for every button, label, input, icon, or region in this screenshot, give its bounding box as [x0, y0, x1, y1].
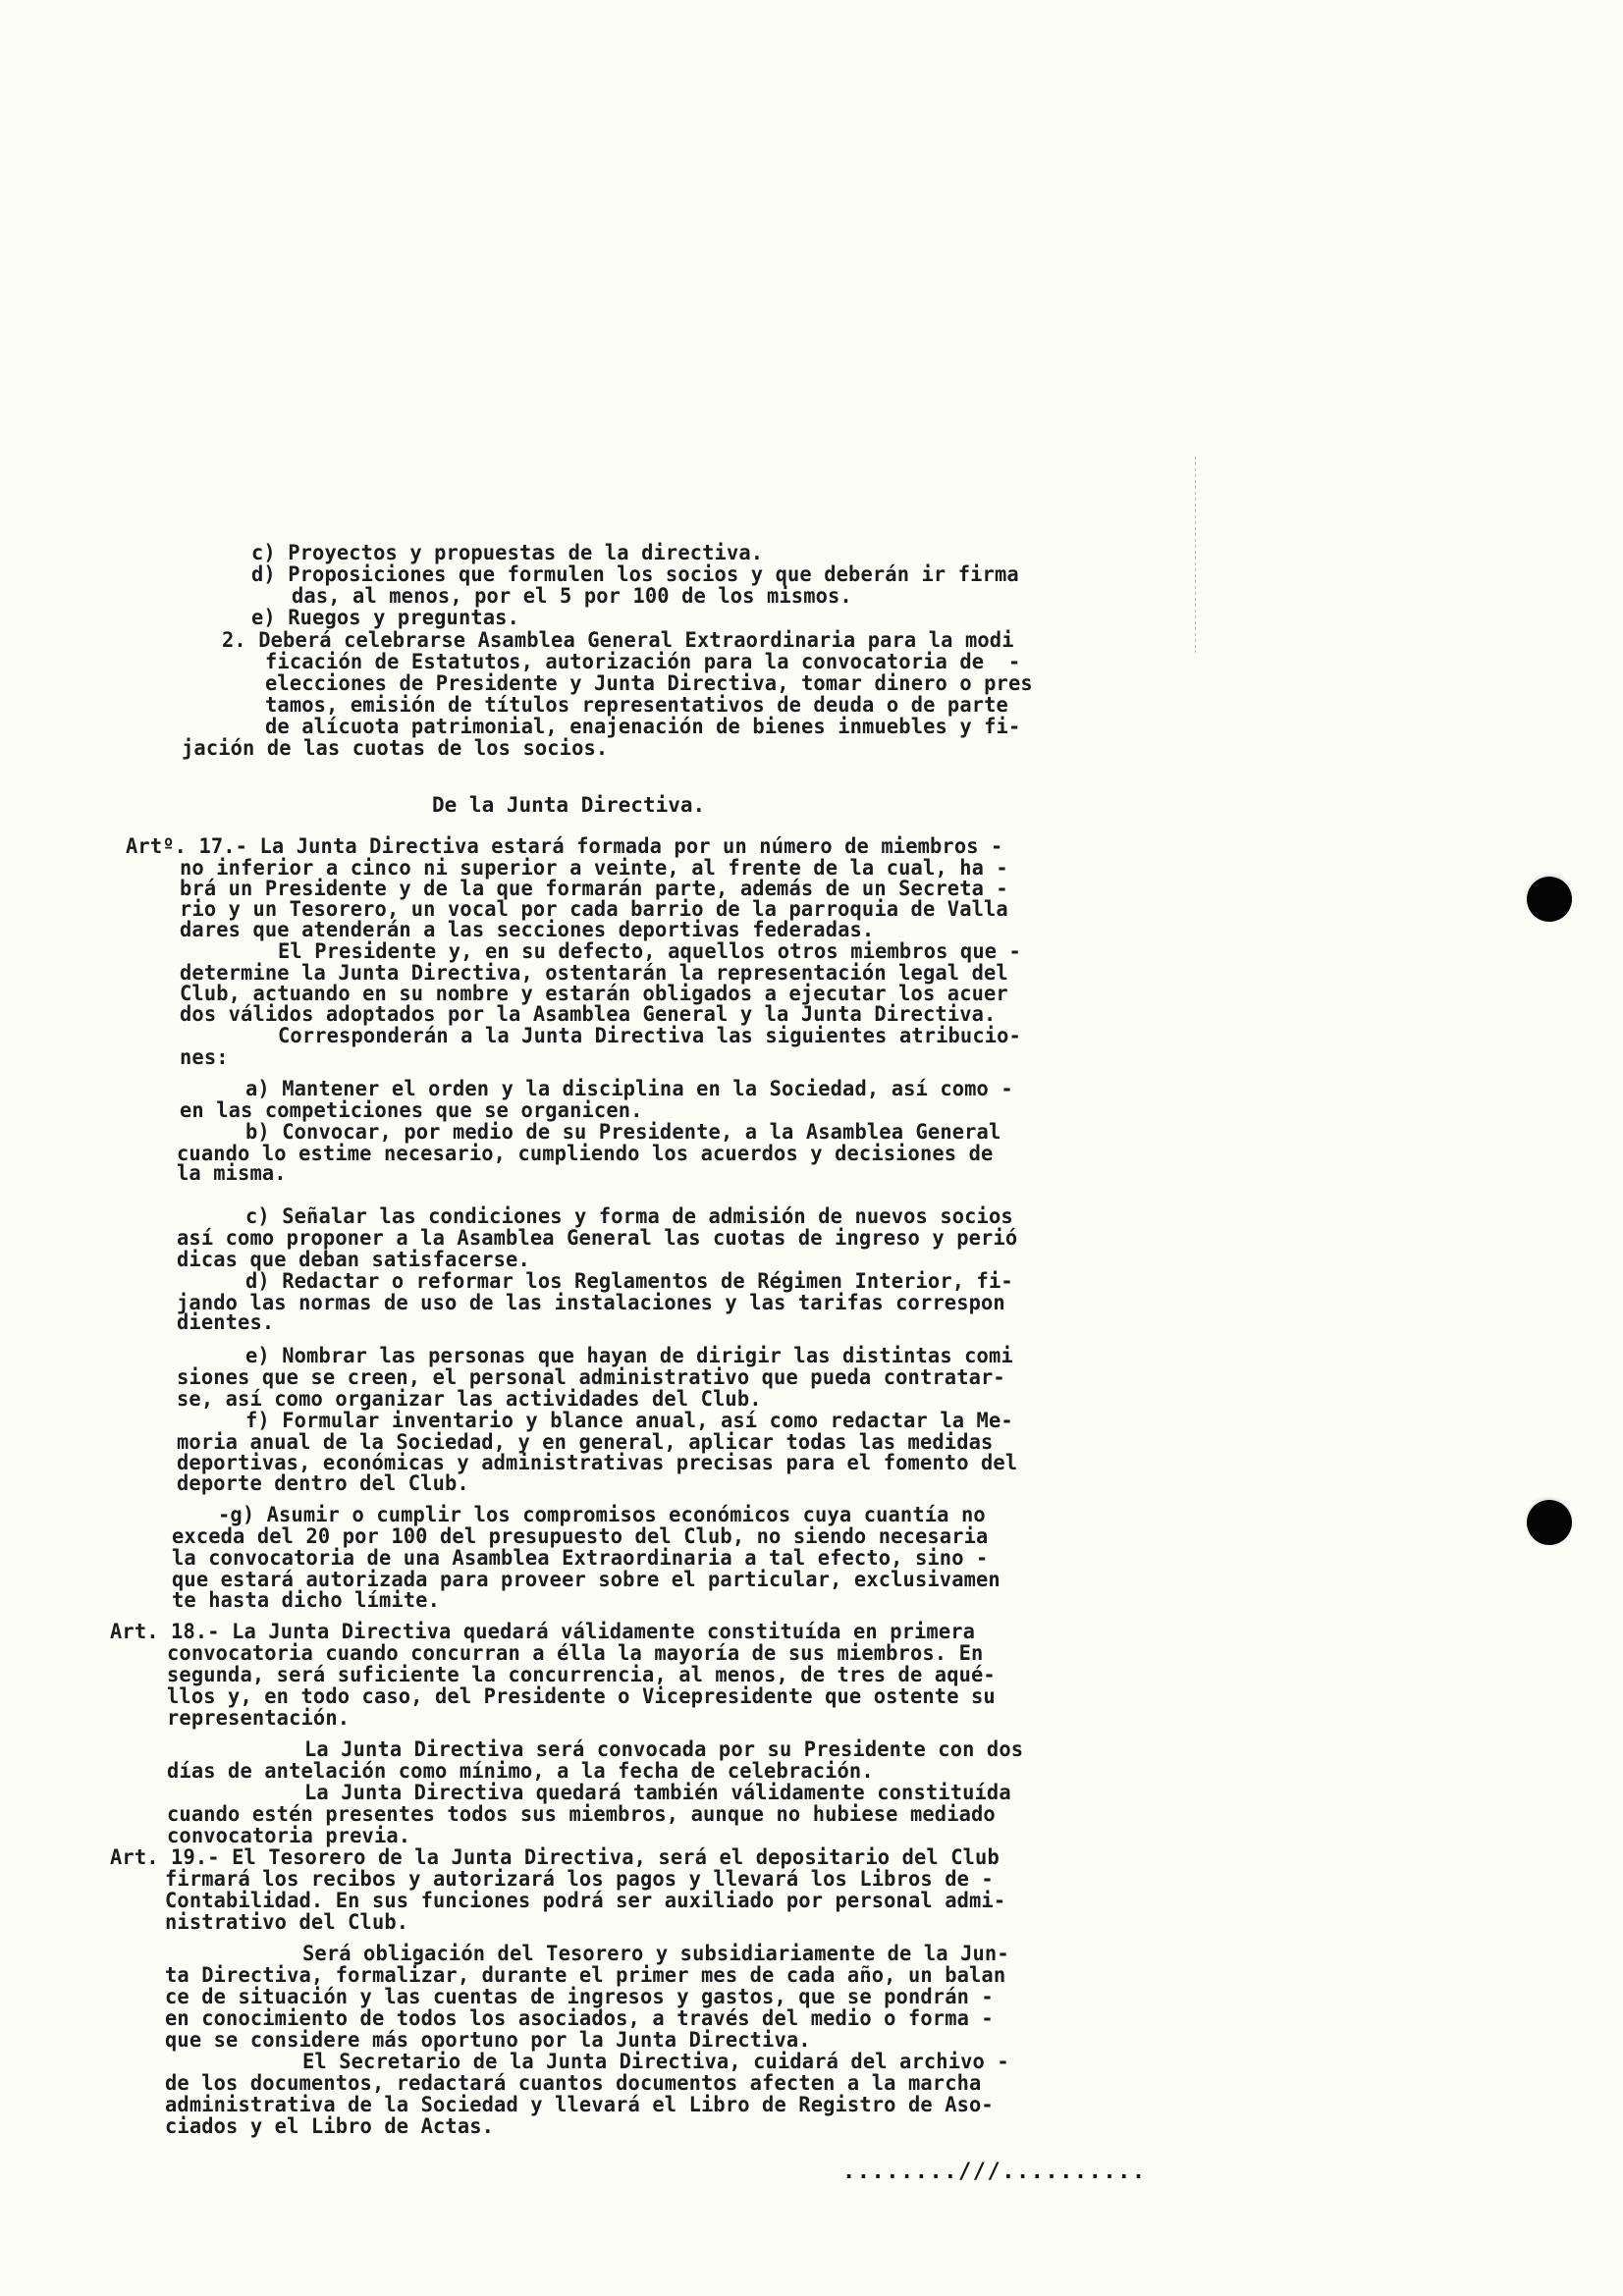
text-line: -g) Asumir o cumplir los compromisos eco…	[218, 1504, 986, 1525]
text-line: no inferior a cinco ni superior a veinte…	[180, 857, 1008, 879]
text-line: La Junta Directiva será convocada por su…	[304, 1738, 1023, 1760]
text-line: ta Directiva, formalizar, durante el pri…	[165, 1964, 1005, 1986]
text-line: nistrativo del Club.	[165, 1911, 408, 1933]
text-line: b) Convocar, por medio de su Presidente,…	[245, 1121, 1001, 1143]
text-line: convocatoria previa.	[167, 1825, 410, 1846]
text-line: 2. Deberá celebrarse Asamblea General Ex…	[222, 629, 1014, 651]
text-line: en las competiciones que se organicen.	[180, 1099, 643, 1121]
end-of-page-mark: ........///..........	[842, 2160, 1147, 2184]
text-line: deportivas, económicas y administrativas…	[177, 1452, 1017, 1473]
text-line: ciados y el Libro de Actas.	[165, 2115, 494, 2137]
text-line: rio y un Tesorero, un vocal por cada bar…	[180, 898, 1008, 920]
text-line: moria anual de la Sociedad, y en general…	[177, 1431, 993, 1453]
text-line: la misma.	[177, 1162, 287, 1184]
text-line: a) Mantener el orden y la disciplina en …	[245, 1078, 1013, 1099]
text-line: nes:	[180, 1046, 229, 1068]
text-line: deporte dentro del Club.	[177, 1472, 469, 1494]
text-line: d) Redactar o reformar los Reglamentos d…	[245, 1270, 1013, 1292]
text-line: así como proponer a la Asamblea General …	[177, 1227, 1017, 1249]
text-line: jando las normas de uso de las instalaci…	[177, 1292, 1005, 1313]
fold-crease	[1195, 456, 1196, 653]
text-line: dos válidos adoptados por la Asamblea Ge…	[180, 1003, 996, 1025]
text-line: la convocatoria de una Asamblea Extraord…	[172, 1547, 988, 1569]
text-line: representación.	[167, 1707, 350, 1729]
text-line: cuando lo estime necesario, cumpliendo l…	[177, 1143, 993, 1164]
text-line: determine la Junta Directiva, ostentarán…	[180, 962, 1008, 984]
text-line: ce de situación y las cuentas de ingreso…	[165, 1986, 994, 2007]
text-line: se, así como organizar las actividades d…	[177, 1388, 762, 1410]
text-line: dicas que deban satisfacerse.	[177, 1249, 530, 1270]
text-line: c) Proyectos y propuestas de la directiv…	[251, 542, 763, 563]
punch-hole-icon	[1527, 877, 1572, 922]
section-heading: De la Junta Directiva.	[432, 793, 705, 817]
text-line: Artº. 17.- La Junta Directiva estará for…	[126, 835, 1002, 857]
text-line: Contabilidad. En sus funciones podrá ser…	[165, 1890, 1005, 1911]
text-line: administrativa de la Sociedad y llevará …	[165, 2094, 994, 2115]
text-line: llos y, en todo caso, del Presidente o V…	[167, 1685, 996, 1707]
text-line: El Presidente y, en su defecto, aquellos…	[278, 940, 1021, 962]
text-line: La Junta Directiva quedará también válid…	[304, 1782, 1011, 1803]
text-line: convocatoria cuando concurran a élla la …	[167, 1642, 983, 1664]
text-line: e) Ruegos y preguntas.	[251, 607, 519, 628]
text-line: c) Señalar las condiciones y forma de ad…	[245, 1205, 1013, 1227]
text-line: Art. 19.- El Tesorero de la Junta Direct…	[110, 1846, 1000, 1868]
text-line: Art. 18.- La Junta Directiva quedará vál…	[110, 1621, 975, 1642]
text-line: e) Nombrar las personas que hayan de dir…	[245, 1345, 1013, 1366]
text-line: tamos, emisión de títulos representativo…	[265, 694, 1008, 716]
text-line: elecciones de Presidente y Junta Directi…	[265, 672, 1033, 694]
text-line: siones que se creen, el personal adminis…	[177, 1366, 1005, 1388]
text-line: de alícuota patrimonial, enajenación de …	[265, 716, 1020, 737]
text-line: dientes.	[177, 1311, 274, 1333]
text-line: en conocimiento de todos los asociados, …	[165, 2007, 994, 2029]
typewritten-page: De la Junta Directiva. c) Proyectos y pr…	[0, 0, 1623, 2296]
text-line: de los documentos, redactará cuantos doc…	[165, 2072, 981, 2094]
text-line: El Secretario de la Junta Directiva, cui…	[302, 2051, 1009, 2072]
text-line: f) Formular inventario y blance anual, a…	[245, 1410, 1013, 1431]
text-line: días de antelación como mínimo, a la fec…	[167, 1760, 874, 1782]
text-line: cuando estén presentes todos sus miembro…	[167, 1803, 996, 1825]
text-line: te hasta dicho límite.	[172, 1589, 440, 1611]
text-line: exceda del 20 por 100 del presupuesto de…	[172, 1525, 988, 1547]
text-line: dares que atenderán a las secciones depo…	[180, 919, 874, 940]
punch-hole-icon	[1527, 1500, 1572, 1545]
text-line: Club, actuando en su nombre y estarán ob…	[180, 983, 1008, 1004]
text-line: que estará autorizada para proveer sobre…	[172, 1569, 1001, 1590]
text-line: jación de las cuotas de los socios.	[182, 737, 608, 759]
text-line: Será obligación del Tesorero y subsidiar…	[302, 1943, 1009, 1964]
text-line: Corresponderán a la Junta Directiva las …	[278, 1025, 1021, 1046]
text-line: das, al menos, por el 5 por 100 de los m…	[292, 585, 852, 607]
text-line: que se considere más oportuno por la Jun…	[165, 2029, 811, 2051]
text-line: firmará los recibos y autorizará los pag…	[165, 1868, 994, 1890]
text-line: ficación de Estatutos, autorización para…	[265, 651, 1020, 672]
text-line: brá un Presidente y de la que formarán p…	[180, 878, 1008, 899]
text-line: d) Proposiciones que formulen los socios…	[251, 563, 1019, 585]
text-line: segunda, será suficiente la concurrencia…	[167, 1664, 996, 1685]
